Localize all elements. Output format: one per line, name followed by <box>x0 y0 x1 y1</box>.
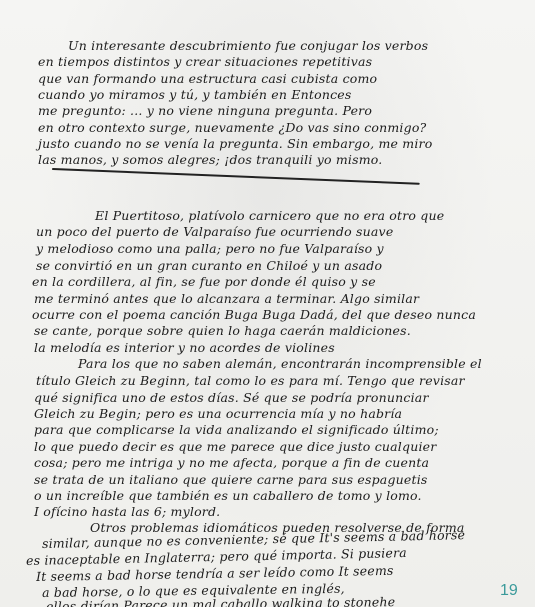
text-line: cosa; pero me intriga y no me afecta, po… <box>34 455 429 470</box>
text-line: se convirtió en un gran curanto en Chilo… <box>36 258 382 273</box>
text-line: título Gleich zu Beginn, tal como lo es … <box>36 373 465 388</box>
text-line: qué significa uno de estos días. Sé que … <box>34 390 429 405</box>
page-number: 19 <box>500 582 518 600</box>
text-line: cuando yo miramos y tú, y también en Ent… <box>38 87 352 102</box>
scanned-page: Un interesante descubrimiento fue conjug… <box>0 0 535 607</box>
text-line: en la cordillera, al fin, se fue por don… <box>32 274 376 289</box>
text-line: un poco del puerto de Valparaíso fue ocu… <box>36 224 393 239</box>
text-line: me terminó antes que lo alcanzara a term… <box>34 291 419 306</box>
text-line: o un increíble que también es un caballe… <box>34 488 422 503</box>
text-line: Gleich zu Begin; pero es una ocurrencia … <box>34 406 402 421</box>
text-line: y melodioso como una palla; pero no fue … <box>36 241 384 256</box>
text-line: Un interesante descubrimiento fue conjug… <box>68 38 428 53</box>
text-line: en otro contexto surge, nuevamente ¿Do v… <box>38 120 426 135</box>
text-line: en tiempos distintos y crear situaciones… <box>38 54 372 69</box>
text-line: las manos, y somos alegres; ¡dos tranqui… <box>38 152 382 167</box>
text-line: ocurre con el poema canción Buga Buga Da… <box>32 307 476 322</box>
text-line: justo cuando no se venía la pregunta. Si… <box>38 136 432 151</box>
section-divider-line <box>52 168 420 185</box>
text-line: I ofícino hasta las 6; mylord. <box>34 504 220 519</box>
text-line: lo que puedo decir es que me parece que … <box>34 439 436 454</box>
text-line: se trata de un italiano que quiere carne… <box>34 472 428 487</box>
text-line: se cante, porque sobre quien lo haga cae… <box>34 323 411 338</box>
text-line: me pregunto: ... y no viene ninguna preg… <box>38 103 372 118</box>
text-line: El Puertitoso, platívolo carnicero que n… <box>95 208 444 223</box>
text-line: la melodía es interior y no acordes de v… <box>34 340 335 355</box>
text-line: Para los que no saben alemán, encontrará… <box>78 356 482 371</box>
text-line: para que complicarse la vida analizando … <box>34 422 439 437</box>
text-line: que van formando una estructura casi cub… <box>38 71 377 86</box>
